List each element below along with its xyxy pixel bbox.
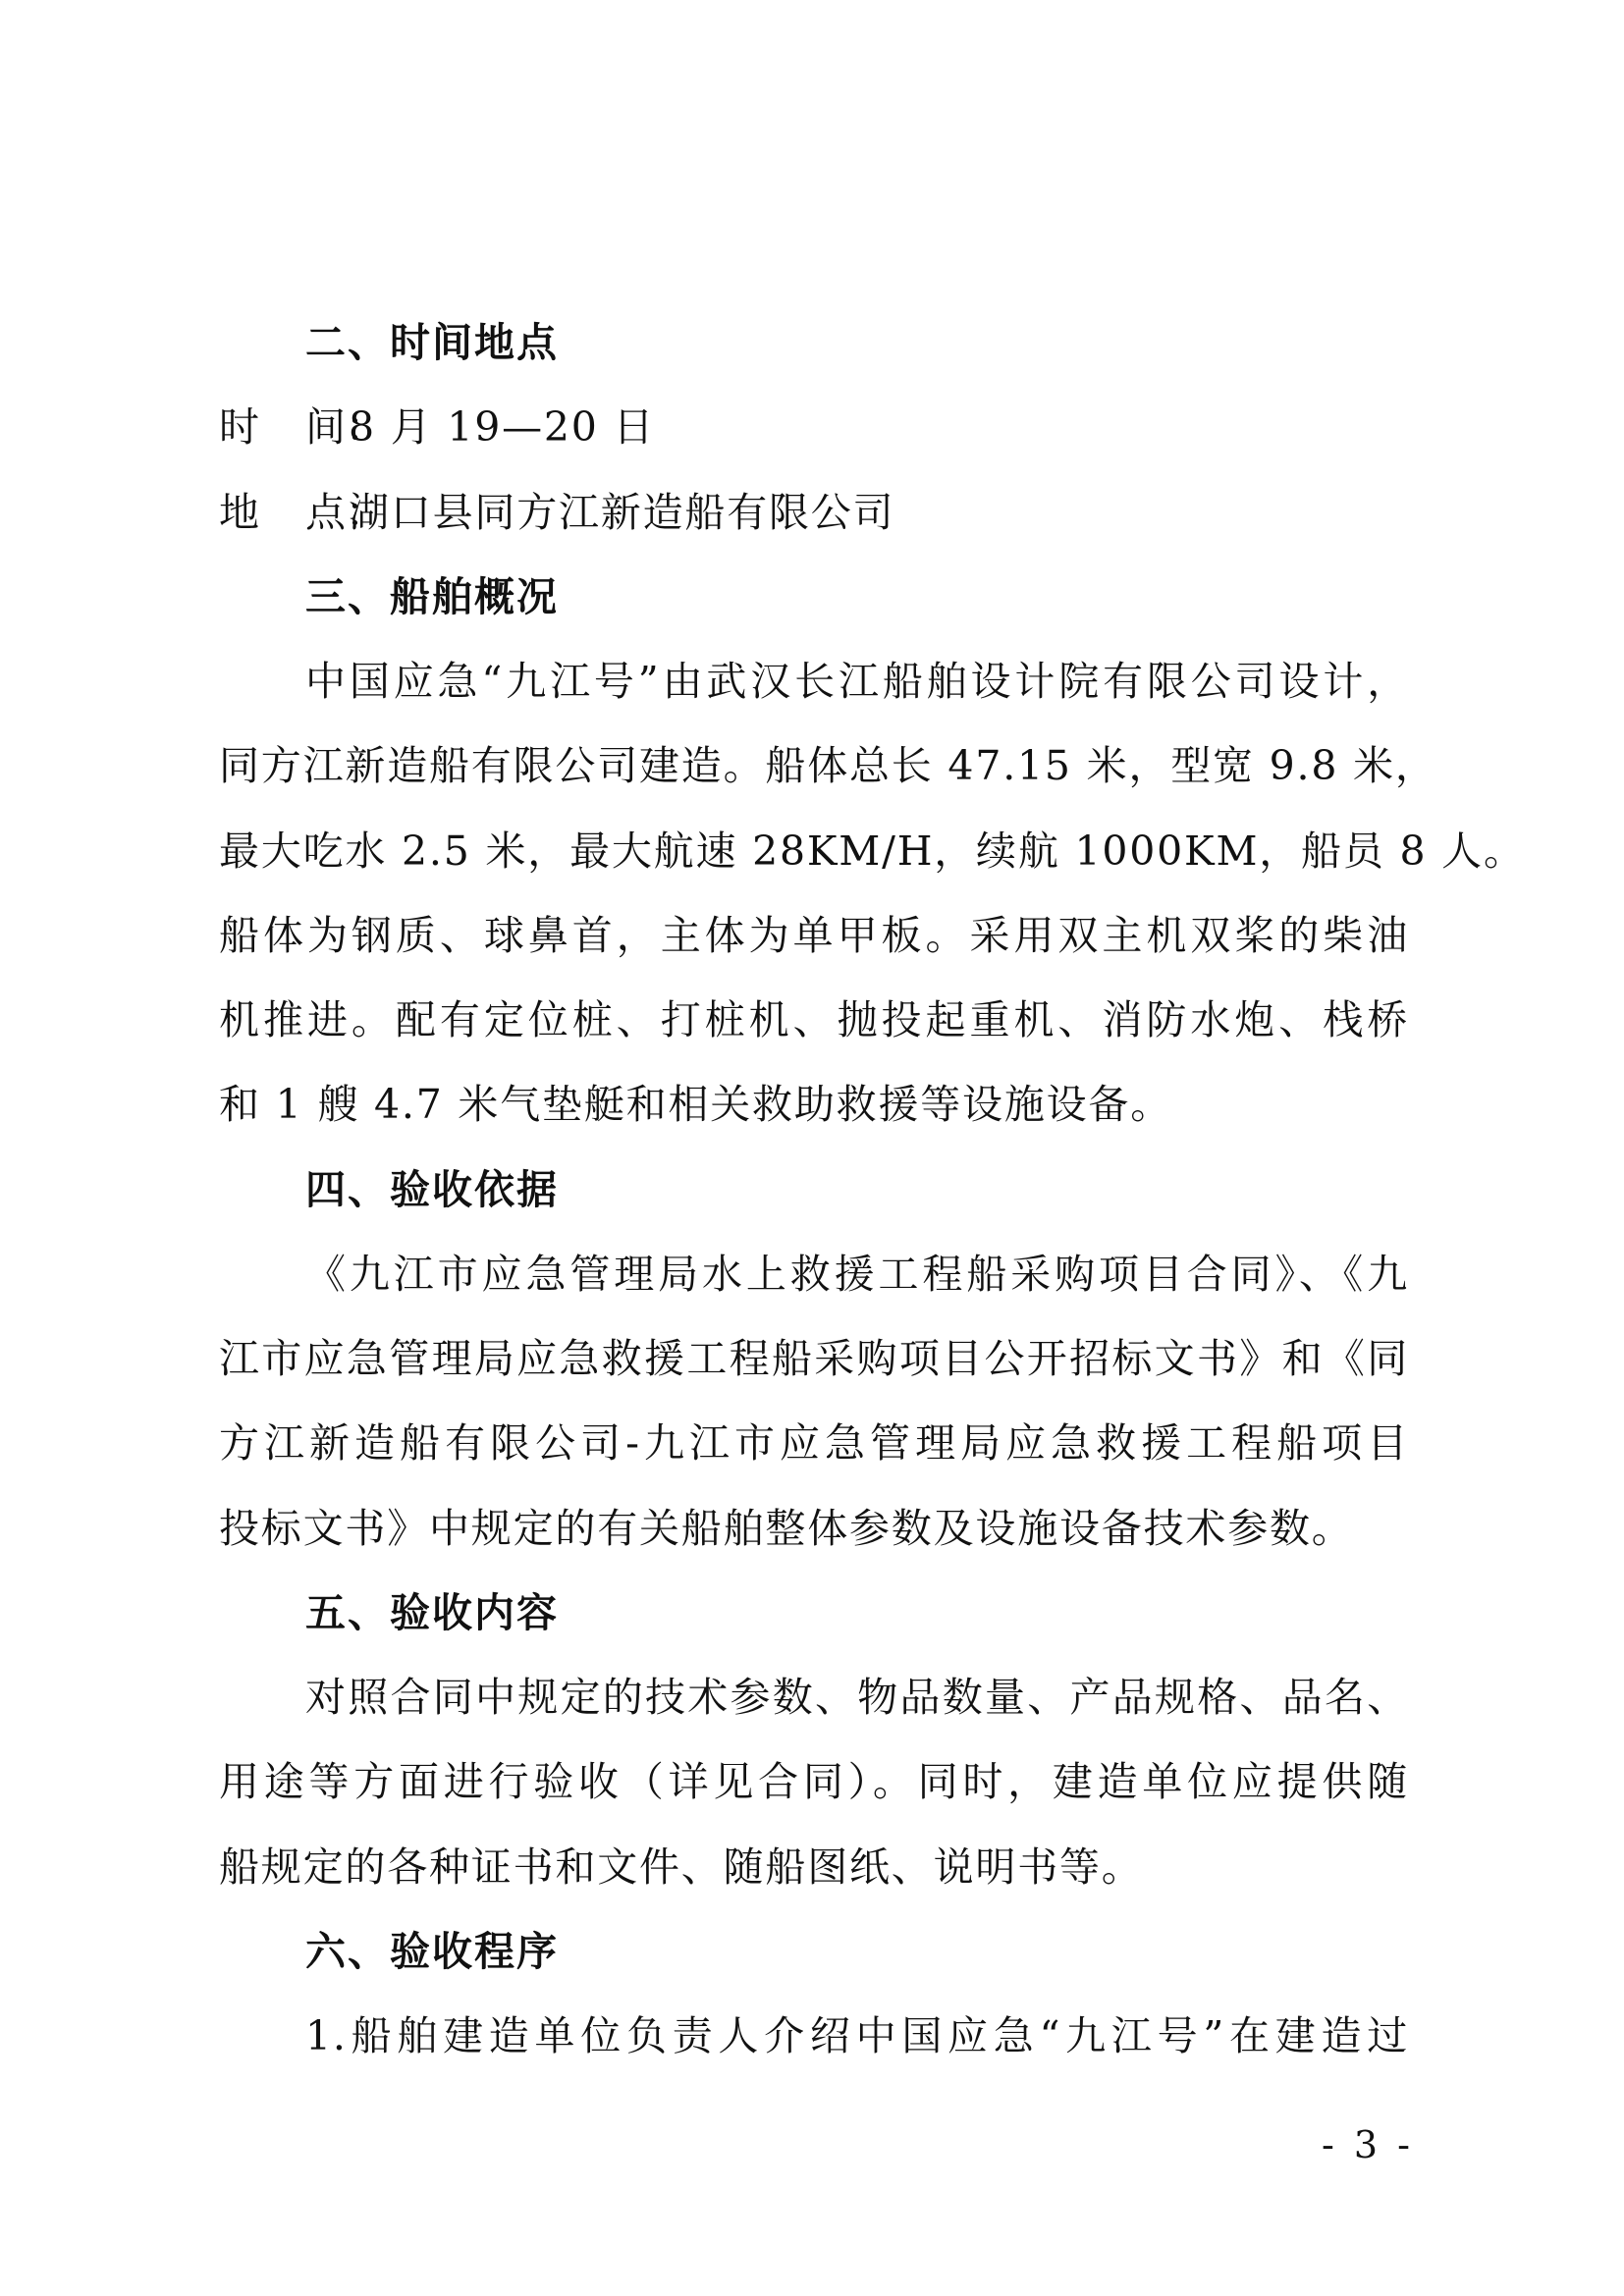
field-time: 时间：8 月 19—20 日 [219, 385, 1409, 469]
field-value-place: 湖口县同方江新造船有限公司 [349, 489, 894, 536]
page-number: - 3 - [1306, 2120, 1414, 2169]
document-body: 二、时间地点 时间：8 月 19—20 日 地点：湖口县同方江新造船有限公司 三… [219, 300, 1409, 2078]
paragraph-line: 最大吃水 2.5 米，最大航速 28KM/H，续航 1000KM，船员 8 人。 [219, 809, 1409, 893]
field-place: 地点：湖口县同方江新造船有限公司 [219, 470, 1409, 555]
paragraph-line: 船体为钢质、球鼻首，主体为单甲板。采用双主机双桨的柴油 [219, 893, 1409, 978]
paragraph-line: 用途等方面进行验收（详见合同）。同时，建造单位应提供随 [219, 1739, 1409, 1824]
field-label-place: 地点： [219, 470, 349, 555]
section-heading-acceptance-procedure: 六、验收程序 [219, 1909, 1409, 1994]
section-heading-acceptance-basis: 四、验收依据 [219, 1148, 1409, 1232]
paragraph-line: 对照合同中规定的技术参数、物品数量、产品规格、品名、 [219, 1655, 1409, 1739]
paragraph-line: 和 1 艘 4.7 米气垫艇和相关救助救援等设施设备。 [219, 1062, 1409, 1147]
field-label-time: 时间： [219, 385, 349, 469]
paragraph-line: 1.船舶建造单位负责人介绍中国应急“九江号”在建造过 [219, 1994, 1409, 2078]
paragraph-line: 船规定的各种证书和文件、随船图纸、说明书等。 [219, 1825, 1409, 1909]
paragraph-line: 机推进。配有定位桩、打桩机、抛投起重机、消防水炮、栈桥 [219, 978, 1409, 1062]
paragraph-line: 江市应急管理局应急救援工程船采购项目公开招标文书》和《同 [219, 1316, 1409, 1401]
document-page: 二、时间地点 时间：8 月 19—20 日 地点：湖口县同方江新造船有限公司 三… [0, 0, 1624, 2296]
section-heading-ship-overview: 三、船舶概况 [219, 555, 1409, 639]
field-value-time: 8 月 19—20 日 [349, 403, 655, 451]
section-heading-acceptance-content: 五、验收内容 [219, 1571, 1409, 1655]
paragraph-line: 《九江市应急管理局水上救援工程船采购项目合同》、《九 [219, 1232, 1409, 1316]
paragraph-line: 中国应急“九江号”由武汉长江船舶设计院有限公司设计， [219, 639, 1409, 723]
paragraph-line: 方江新造船有限公司-九江市应急管理局应急救援工程船项目 [219, 1401, 1409, 1485]
section-heading-time-place: 二、时间地点 [219, 300, 1409, 385]
paragraph-line: 同方江新造船有限公司建造。船体总长 47.15 米，型宽 9.8 米， [219, 723, 1409, 808]
paragraph-line: 投标文书》中规定的有关船舶整体参数及设施设备技术参数。 [219, 1486, 1409, 1571]
